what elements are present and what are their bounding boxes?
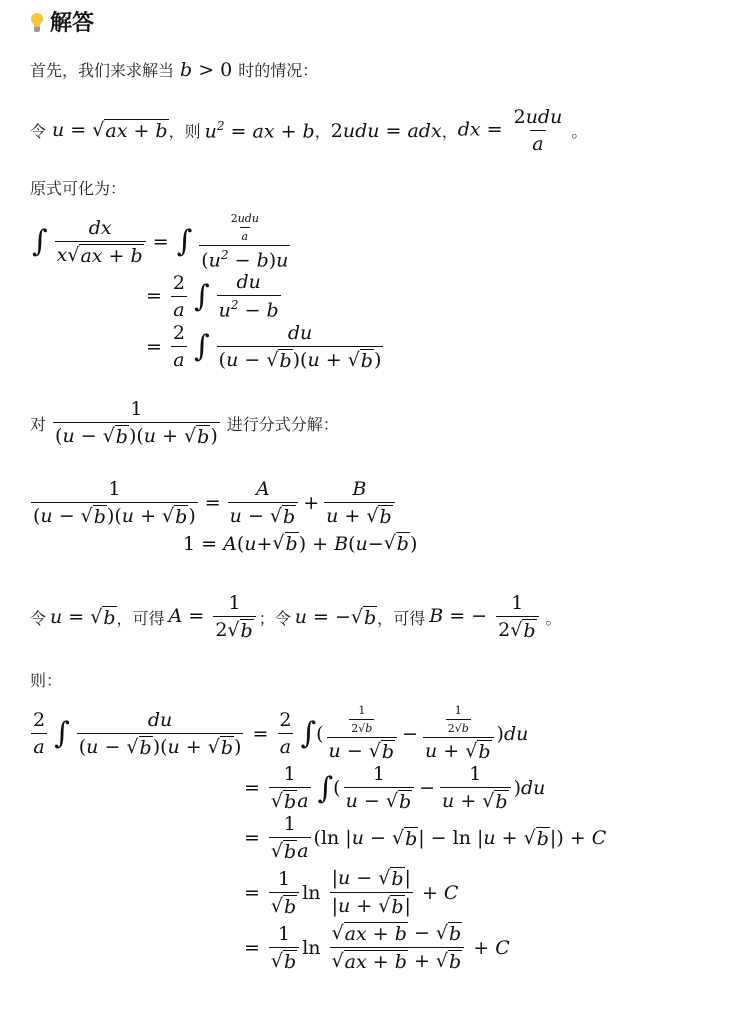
intro-text: 首先，我们来求解当 [30, 58, 174, 81]
sub-then: ，则 [169, 119, 201, 142]
equation-block-2: 1(u − √b)(u + √b) = Au − √b + Bu + √b 1 … [28, 478, 417, 555]
eq3-line3: = 1√ba (ln |u − √b| − ln |u + √b|) + C [244, 813, 606, 863]
integral-sign: ∫ [32, 224, 48, 259]
eq2-line2: 1 = A(u + √b) + B(u − √b) [183, 532, 417, 555]
partial-paragraph: 对 1(u − √b)(u + √b) 进行分式分解： [30, 398, 339, 448]
sub-math-4: dx = 2udua [458, 106, 568, 155]
period: 。 [546, 606, 562, 629]
comma: ， [117, 606, 133, 629]
eq3-line1: 2a ∫ du(u − √b)(u + √b) = 2a ∫( 12√bu − … [28, 704, 606, 763]
equation-block-3: 2a ∫ du(u − √b)(u + √b) = 2a ∫( 12√bu − … [28, 704, 606, 973]
eq3-line4: = 1√b ln |u − √b||u + √b| + C [244, 867, 606, 918]
transform-text: 原式可化为： [30, 176, 126, 199]
substitution-paragraph: 令 u = √ax + b ，则 u2 = ax + b ， 2udu = ad… [30, 106, 587, 155]
eq1-line1: ∫ dxx√ax + b = ∫ 2udua(u2 − b)u [28, 212, 386, 271]
get-text: 可得 [133, 606, 165, 629]
a-value: A = 12√b [169, 592, 259, 642]
u-eq-sqrtb: u = √b [50, 606, 117, 629]
intro-math: b > 0 [180, 59, 232, 81]
sub-prefix: 令 [30, 119, 46, 142]
title-text: 解答 [50, 6, 94, 37]
partial-math: 1(u − √b)(u + √b) [50, 398, 223, 448]
equation-block-1: ∫ dxx√ax + b = ∫ 2udua(u2 − b)u = 2a ∫ d… [28, 212, 386, 372]
eq1-line3: = 2a ∫ du(u − √b)(u + √b) [146, 322, 386, 372]
eq3-line2: = 1√ba ∫( 1u − √b − 1u + √b)du [244, 763, 606, 813]
u-eq-neg-sqrtb: u = −√b [295, 606, 377, 629]
sub-math-1: u = √ax + b [52, 119, 169, 142]
comma: ， [315, 119, 331, 142]
lightbulb-icon [30, 11, 44, 33]
intro-suffix: 时的情况： [238, 58, 318, 81]
let-text: 令 [275, 606, 291, 629]
coefficient-paragraph: 令 u = √b ， 可得 A = 12√b ； 令 u = −√b ， 可得 … [30, 592, 562, 642]
sub-end: 。 [571, 119, 587, 142]
b-value: B = − 12√b [429, 592, 541, 642]
comma: ， [442, 119, 458, 142]
intro-paragraph: 首先，我们来求解当 b > 0 时的情况： [30, 58, 318, 81]
eq1-line2: = 2a ∫ duu2 − b [146, 271, 386, 321]
let-text: 令 [30, 606, 46, 629]
eq3-line5: = 1√b ln √ax + b − √b√ax + b + √b + C [244, 922, 606, 973]
eq2-line1: 1(u − √b)(u + √b) = Au − √b + Bu + √b [28, 478, 417, 528]
comma: ， [377, 606, 393, 629]
semicolon: ； [259, 606, 275, 629]
section-title: 解答 [30, 6, 94, 37]
sub-math-2: u2 = ax + b [205, 119, 315, 142]
then-text: 则： [30, 668, 62, 691]
get-text: 可得 [393, 606, 425, 629]
partial-suffix: 进行分式分解： [227, 412, 339, 435]
sub-math-3: 2udu = adx [331, 120, 442, 142]
partial-prefix: 对 [30, 412, 46, 435]
